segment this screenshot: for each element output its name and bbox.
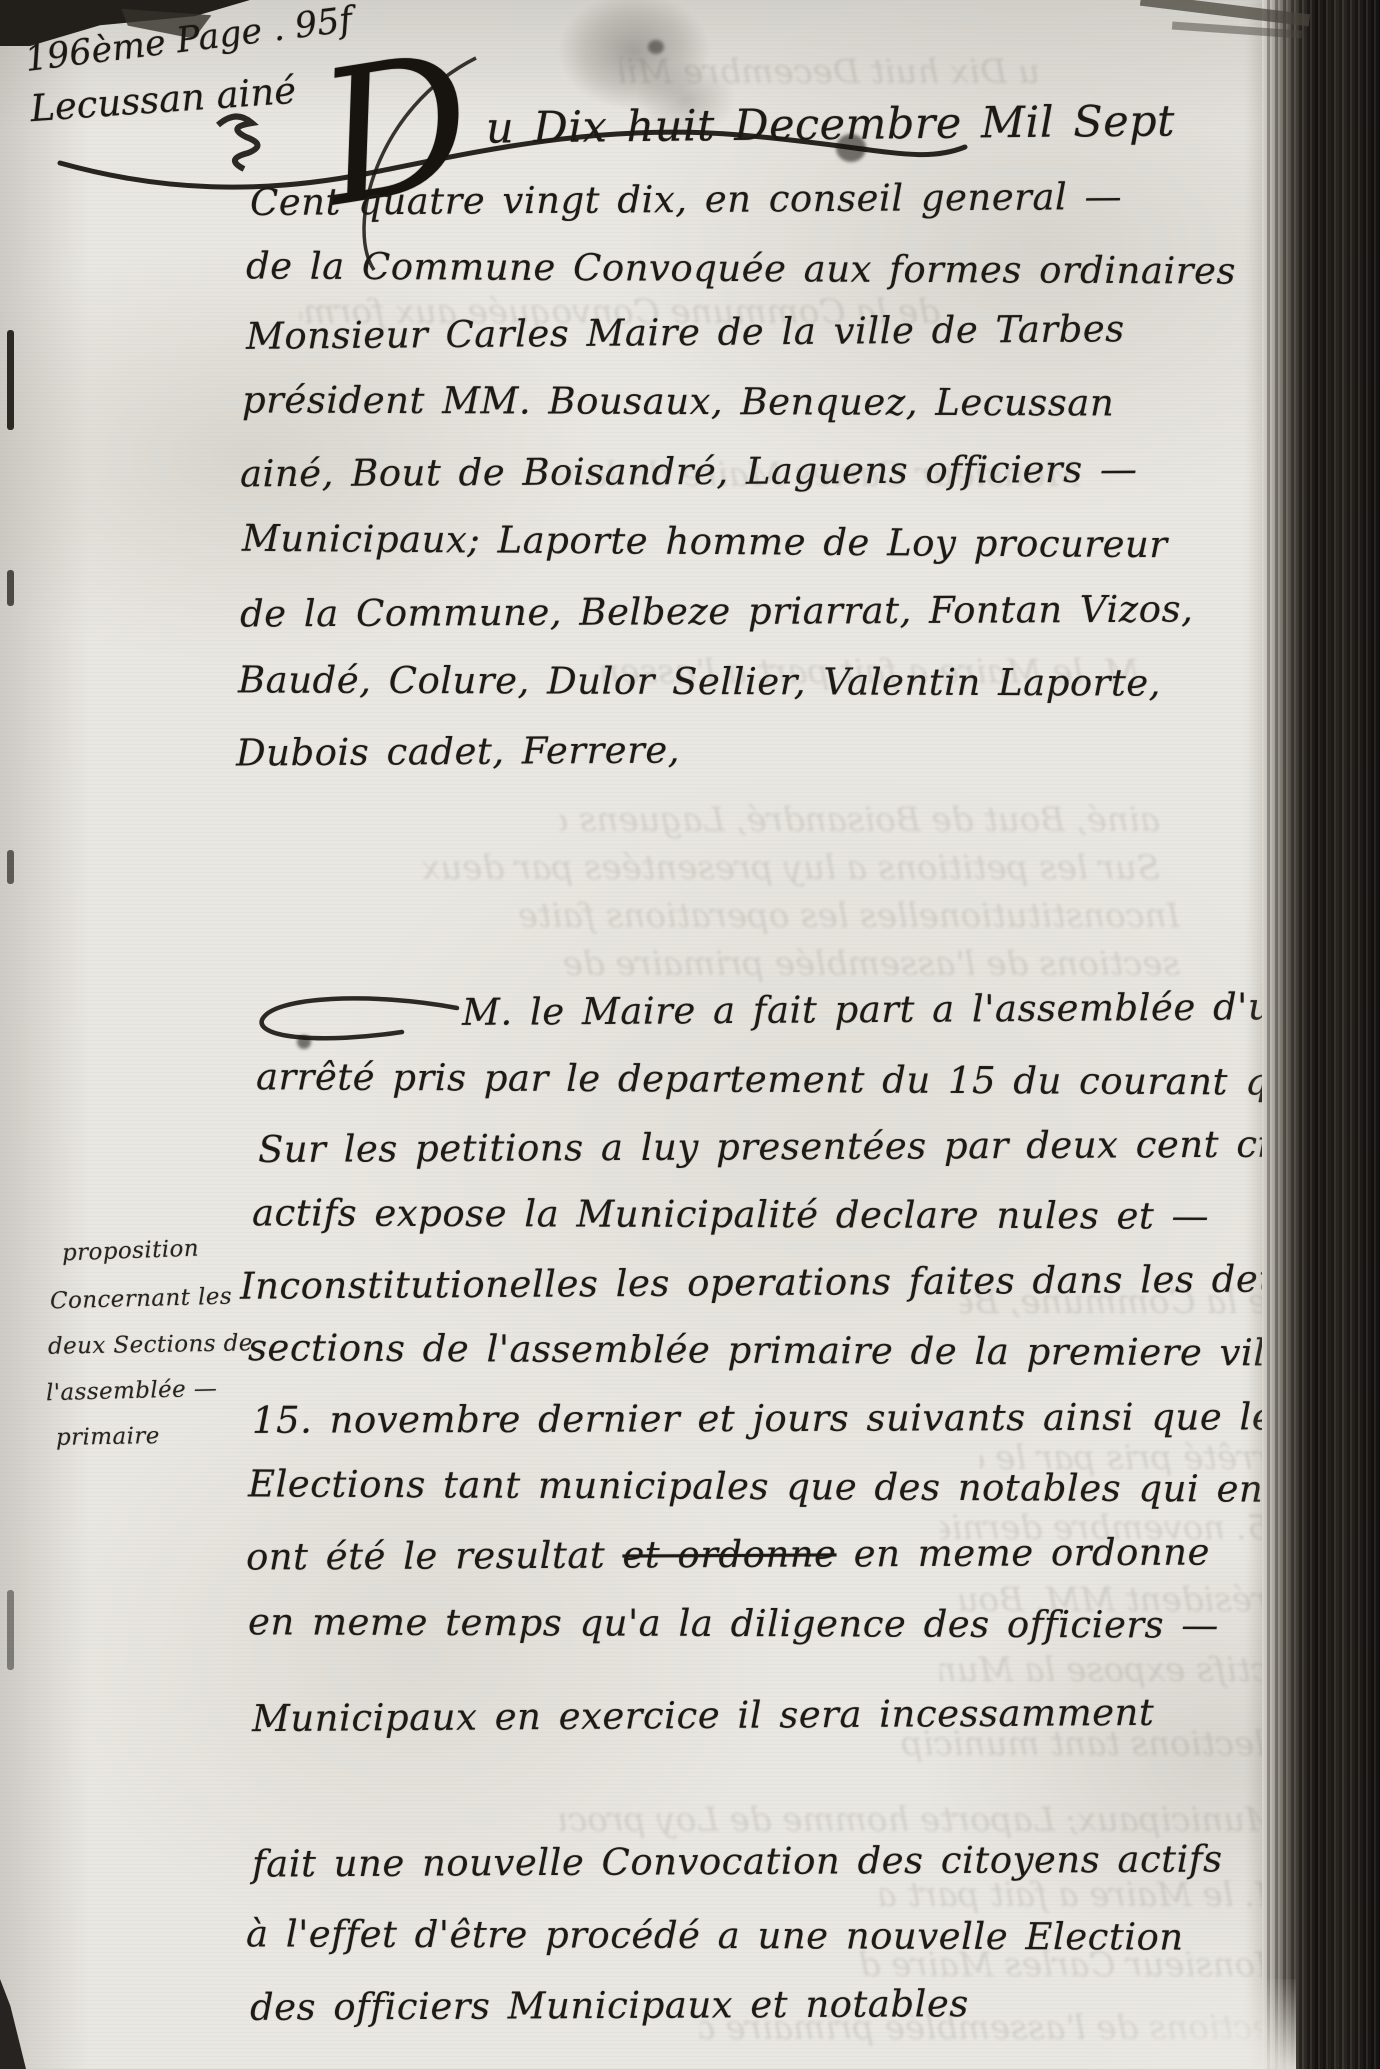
manuscript-line: à l'effet d'être procédé a une nouvelle … [246,1912,1184,1958]
ink-blot [648,40,664,54]
ghost-text: actifs expose la Municipalité declare nu… [940,1650,1290,1690]
ghost-text: Inconstitutionelles les operations faite… [520,896,1180,936]
pen-flourish [252,990,462,1050]
manuscript-line: M. le Maire a fait part a l'assemblée d'… [462,985,1297,1034]
ghost-text: Municipaux; Laporte homme de Loy procure… [560,1800,1280,1840]
book-binding-edge [1262,0,1380,2069]
ghost-text: Sur les petitions a luy presentées par d… [420,848,1160,888]
manuscript-line: président MM. Bousaux, Benquez, Lecussan [242,378,1114,424]
margin-note-line: l'assemblée — [46,1376,218,1406]
margin-note-line: Concernant les [50,1284,233,1315]
manuscript-line: des officiers Municipaux et notables [250,1982,969,2029]
left-page-edge [7,1590,14,1670]
manuscript-line: sections de l'assemblée primaire de la p… [248,1326,1353,1375]
manuscript-line: 15. novembre dernier et jours suivants a… [252,1395,1294,1442]
margin-owner-name: Lecussan ainé [29,69,298,130]
manuscript-line: Cent quatre vingt dix, en conseil genera… [250,175,1122,224]
manuscript-line: de la Commune Convoquée aux formes ordin… [246,244,1236,292]
manuscript-line: Monsieur Carles Maire de la ville de Tar… [246,307,1125,358]
manuscript-line: Inconstitutionelles les operations faite… [240,1257,1304,1307]
margin-note-line: deux Sections de [48,1330,253,1360]
manuscript-page: u Dix huit Decembre Mil Sept de la Commu… [0,0,1380,2069]
bottom-left-corner-shadow [0,1979,26,2069]
manuscript-line: actifs expose la Municipalité declare nu… [252,1191,1209,1237]
manuscript-line: fait une nouvelle Convocation des citoye… [252,1837,1223,1885]
manuscript-line: de la Commune, Belbeze priarrat, Fontan … [240,588,1193,636]
manuscript-line: Municipaux; Laporte homme de Loy procure… [242,517,1168,566]
margin-note-line: primaire [56,1423,160,1451]
manuscript-line: Elections tant municipales que des notab… [248,1462,1264,1510]
bottom-right-page-curl [1076,1979,1296,2069]
manuscript-line: ont été le resultat et ordonne en meme o… [246,1530,1210,1578]
manuscript-line: Municipaux en exercice il sera incessamm… [252,1691,1155,1740]
manuscript-line: en meme temps qu'a la diligence des offi… [248,1600,1219,1646]
manuscript-line: ainé, Bout de Boisandré, Laguens officie… [240,448,1138,496]
manuscript-line: Baudé, Colure, Dulor Sellier, Valentin L… [238,658,1161,704]
manuscript-line: u Dix huit Decembre Mil Sept [486,96,1175,153]
line-segment: ont été le resultat [246,1534,623,1579]
left-page-edge [7,330,14,430]
manuscript-line: Sur les petitions a luy presentées par d… [258,1122,1380,1171]
left-page-edge [7,850,14,884]
struck-word: et ordonne [622,1532,836,1576]
line-segment: en meme ordonne [836,1530,1210,1575]
manuscript-line: arrêté pris par le departement du 15 du … [256,1055,1306,1103]
margin-note-line: proposition [62,1236,200,1267]
ghost-text: sections de l'assemblée primaire de la p… [560,944,1180,984]
manuscript-line: Dubois cadet, Ferrere, [236,728,680,774]
ghost-text: ainé, Bout de Boisandré, Laguens officie… [560,800,1160,840]
left-page-edge [7,570,14,606]
ink-blot [297,1035,311,1049]
